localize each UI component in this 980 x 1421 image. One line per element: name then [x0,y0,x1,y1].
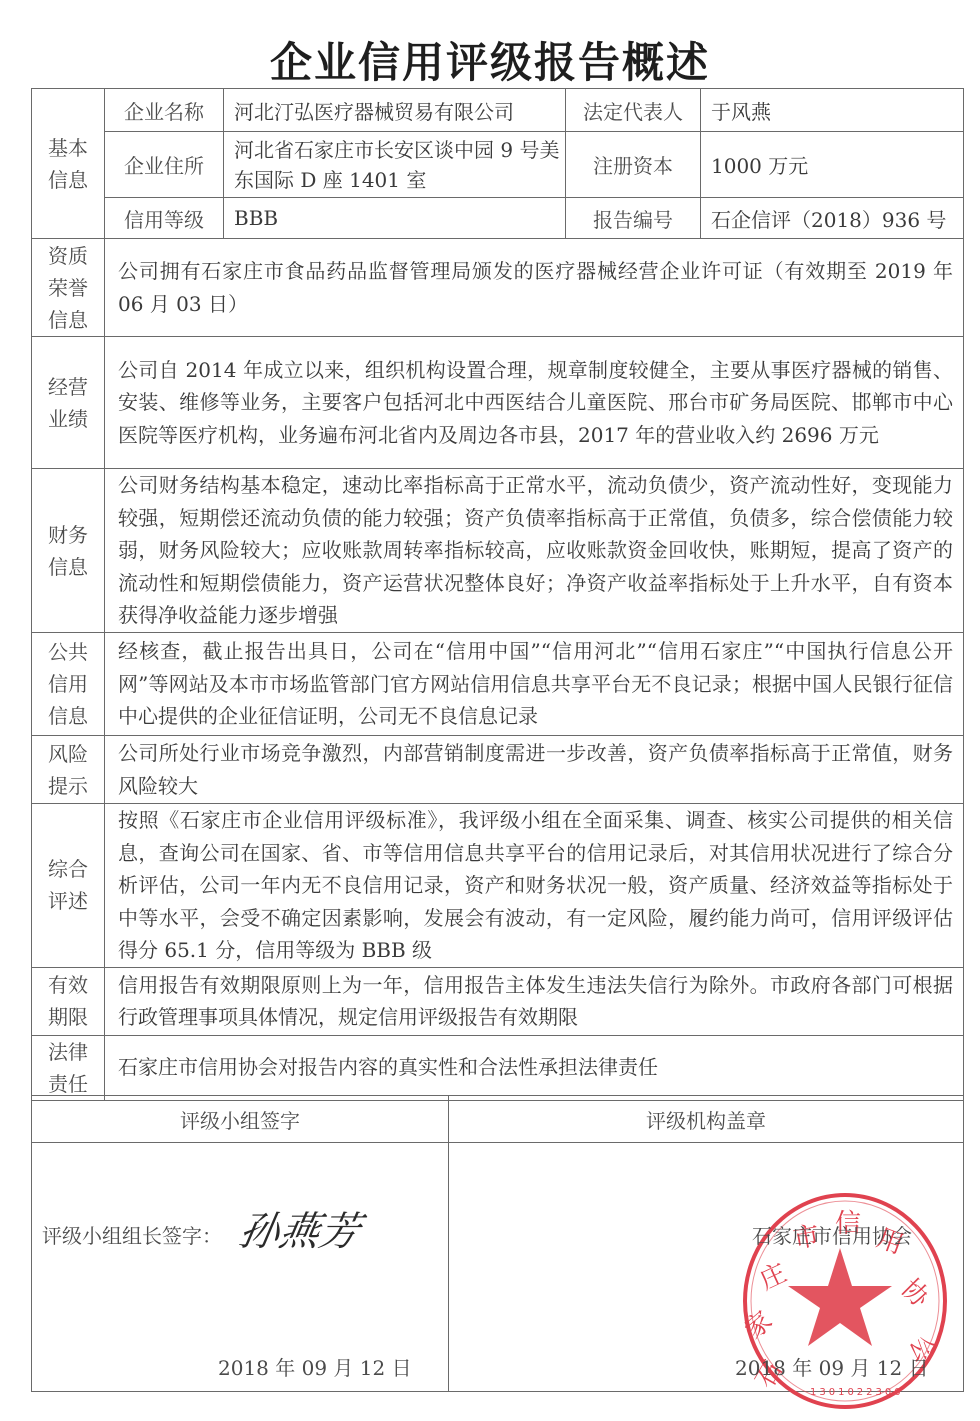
validity-text: 信用报告有效期限原则上为一年，信用报告主体发生违法失信行为除外。市政府各部门可根… [105,967,964,1035]
leader-signature-label: 评级小组组长签字： [42,1220,222,1249]
section-label-qualification: 资质荣誉信息 [32,239,105,337]
org-name: 石家庄市信用协会 [752,1220,912,1249]
svg-text:1301022300: 1301022300 [810,1387,904,1398]
rating-label: 信用等级 [105,198,224,239]
section-label-basic: 基本信息 [32,89,105,239]
finance-text: 公司财务结构基本稳定，速动比率指标高于正常水平，流动负债少，资产流动性好，变现能… [105,469,964,633]
document-title: 企业信用评级报告概述 [0,30,980,90]
company-name-label: 企业名称 [105,89,224,132]
section-label-performance: 经营业绩 [32,337,105,469]
org-stamp-date: 2018 年 09 月 12 日 [735,1352,929,1381]
svg-text:协: 协 [895,1274,935,1314]
capital-label: 注册资本 [566,132,701,198]
rating-value: BBB [224,198,566,239]
summary-text: 按照《石家庄市企业信用评级标准》，我评级小组在全面采集、调查、核实公司提供的相关… [105,804,964,968]
section-label-legal: 法律责任 [32,1035,105,1100]
public-credit-text: 经核查，截止报告出具日，公司在“信用中国”“信用河北”“信用石家庄”“中国执行信… [105,633,964,736]
section-label-validity: 有效期限 [32,967,105,1035]
report-table: 基本信息 企业名称 河北汀弘医疗器械贸易有限公司 法定代表人 于风燕 企业住所 … [31,88,964,1101]
risk-text: 公司所处行业市场竞争激烈，内部营销制度需进一步改善，资产负债率指标高于正常值，财… [105,736,964,804]
company-name-value: 河北汀弘医疗器械贸易有限公司 [224,89,566,132]
section-label-public-credit: 公共信用信息 [32,633,105,736]
address-value: 河北省石家庄市长安区谈中园 9 号美东国际 D 座 1401 室 [224,132,566,198]
legal-text: 石家庄市信用协会对报告内容的真实性和合法性承担法律责任 [105,1035,964,1100]
leader-signature: 孙燕芳 [235,1200,365,1257]
svg-text:庄: 庄 [755,1258,791,1296]
section-label-finance: 财务信息 [32,469,105,633]
legal-rep-label: 法定代表人 [566,89,701,132]
address-label: 企业住所 [105,132,224,198]
section-label-risk: 风险提示 [32,736,105,804]
legal-rep-value: 于风燕 [701,89,964,132]
performance-text: 公司自 2014 年成立以来，组织机构设置合理，规章制度较健全，主要从事医疗器械… [105,337,964,469]
report-number-label: 报告编号 [566,198,701,239]
capital-value: 1000 万元 [701,132,964,198]
section-label-summary: 综合评述 [32,804,105,968]
qualification-text: 公司拥有石家庄市食品药品监督管理局颁发的医疗器械经营企业许可证（有效期至 201… [105,239,964,337]
report-number-value: 石企信评（2018）936 号 [701,198,964,239]
org-stamp-header: 评级机构盖章 [449,1096,964,1143]
team-signature-header: 评级小组签字 [32,1096,449,1143]
team-signature-date: 2018 年 09 月 12 日 [218,1352,412,1381]
